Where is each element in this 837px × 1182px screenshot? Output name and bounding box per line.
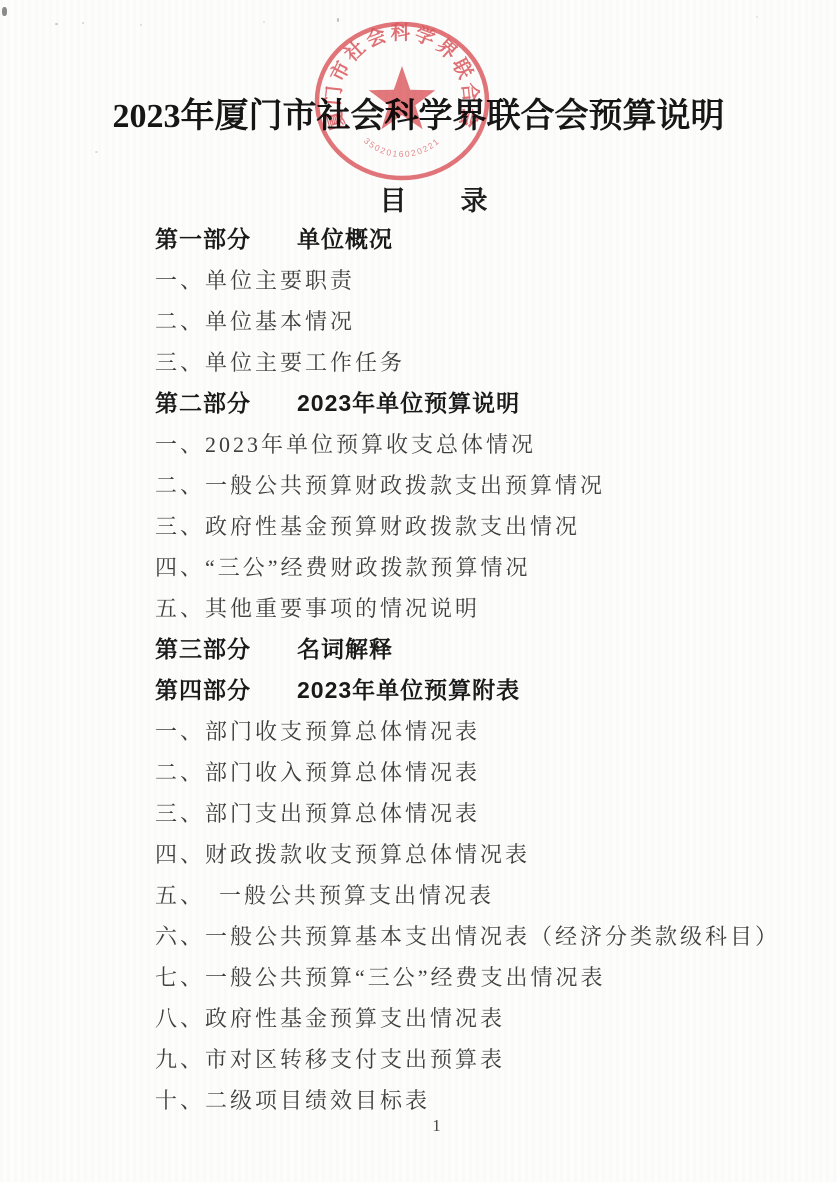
toc-item: 七、一般公共预算“三公”经费支出情况表	[155, 957, 805, 998]
scan-artifact	[55, 23, 58, 25]
toc-heading: 目 录	[0, 179, 837, 218]
scan-artifact	[756, 16, 758, 18]
seal-star-icon	[369, 66, 436, 129]
toc-item: 二、单位基本情况	[155, 301, 805, 342]
toc-item: 一、部门收支预算总体情况表	[155, 711, 805, 752]
toc-part-title: 2023年单位预算说明	[297, 390, 520, 416]
toc-item: 二、部门收入预算总体情况表	[155, 752, 805, 793]
toc-part-title: 2023年单位预算附表	[297, 677, 520, 703]
toc-part-heading: 第三部分名词解释	[155, 629, 805, 670]
scan-artifact	[95, 151, 98, 153]
toc-part-heading: 第四部分2023年单位预算附表	[155, 670, 805, 711]
toc-part-title: 名词解释	[297, 636, 393, 662]
toc-part-label: 第二部分	[155, 390, 251, 416]
toc-part-title: 单位概况	[297, 226, 393, 252]
toc-item: 八、政府性基金预算支出情况表	[155, 998, 805, 1039]
scan-artifact	[140, 24, 142, 26]
toc-item: 九、市对区转移支付支出预算表	[155, 1039, 805, 1080]
toc-part-heading: 第二部分2023年单位预算说明	[155, 383, 805, 424]
toc-item: 一、单位主要职责	[155, 260, 805, 301]
toc-item: 三、政府性基金预算财政拨款支出情况	[155, 506, 805, 547]
official-seal-graphic: 厦门市社会科学界联合会 3502016020221	[311, 19, 493, 183]
toc-part-heading: 第一部分单位概况	[155, 219, 805, 260]
toc-item: 四、财政拨款收支预算总体情况表	[155, 834, 805, 875]
toc-item: 四、“三公”经费财政拨款预算情况	[155, 547, 805, 588]
page-number: 1	[0, 1116, 837, 1136]
toc-part-label: 第三部分	[155, 636, 251, 662]
toc-item: 二、一般公共预算财政拨款支出预算情况	[155, 465, 805, 506]
scan-artifact	[263, 21, 265, 23]
toc-part-label: 第一部分	[155, 226, 251, 252]
toc-item: 五、 一般公共预算支出情况表	[155, 875, 805, 916]
seal-serial-number: 3502016020221	[362, 136, 442, 159]
toc-item: 六、一般公共预算基本支出情况表（经济分类款级科目）	[155, 916, 805, 957]
scan-artifact	[82, 22, 84, 24]
toc-item: 三、单位主要工作任务	[155, 342, 805, 383]
toc-item: 一、2023年单位预算收支总体情况	[155, 424, 805, 465]
toc-list: 第一部分单位概况一、单位主要职责二、单位基本情况三、单位主要工作任务第二部分20…	[155, 219, 805, 1121]
toc-item: 十、二级项目绩效目标表	[155, 1080, 805, 1121]
official-seal: 厦门市社会科学界联合会 3502016020221	[311, 19, 493, 183]
toc-item: 五、其他重要事项的情况说明	[155, 588, 805, 629]
toc-item: 三、部门支出预算总体情况表	[155, 793, 805, 834]
toc-part-label: 第四部分	[155, 677, 251, 703]
scanned-document-page: 2023年厦门市社会科学界联合会预算说明 厦门市社会科学界联合会 3502016…	[0, 0, 837, 1182]
scan-artifact	[2, 7, 7, 16]
